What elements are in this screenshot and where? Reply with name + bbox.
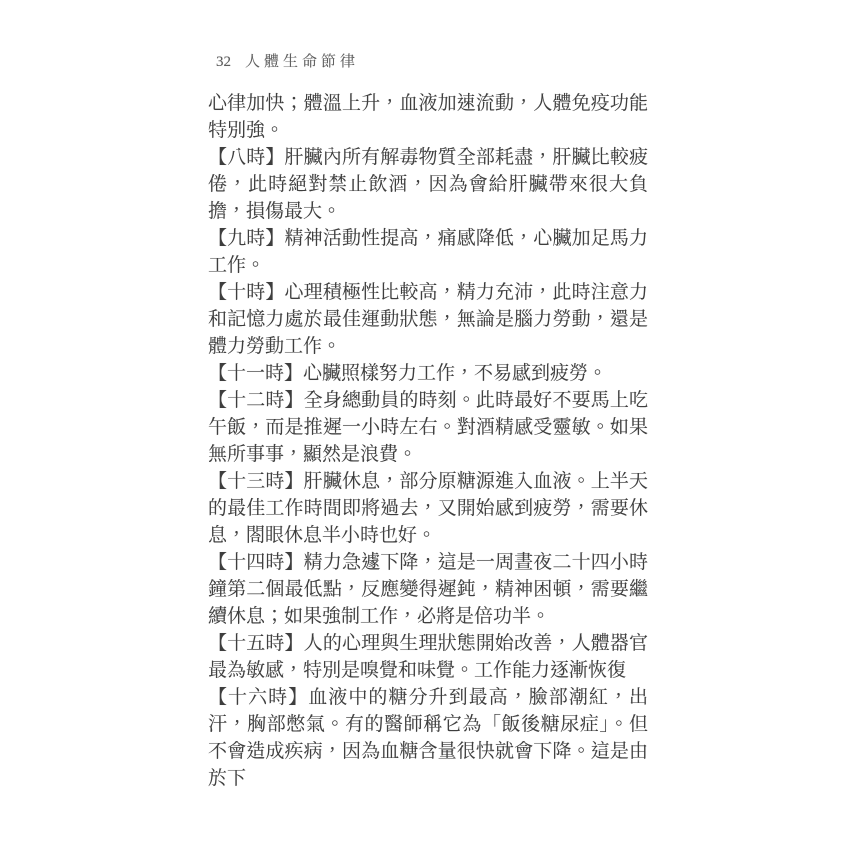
paragraph-hour-12: 【十二時】全身總動員的時刻。此時最好不要馬上吃午飯，而是推遲一小時左右。對酒精感… xyxy=(208,387,648,468)
paragraph-continuation: 心律加快；體溫上升，血液加速流動，人體免疫功能特別強。 xyxy=(208,90,648,144)
running-title: 人體生命節律 xyxy=(245,54,359,70)
page-body: 心律加快；體溫上升，血液加速流動，人體免疫功能特別強。 【八時】肝臟內所有解毒物… xyxy=(208,90,648,792)
paragraph-hour-14: 【十四時】精力急遽下降，這是一周晝夜二十四小時鐘第二個最低點，反應變得遲鈍，精神… xyxy=(208,549,648,630)
paragraph-hour-15: 【十五時】人的心理與生理狀態開始改善，人體器官最為敏感，特別是嗅覺和味覺。工作能… xyxy=(208,630,648,684)
paragraph-hour-9: 【九時】精神活動性提高，痛感降低，心臟加足馬力工作。 xyxy=(208,225,648,279)
page-number: 32 xyxy=(216,54,231,70)
paragraph-hour-11: 【十一時】心臟照樣努力工作，不易感到疲勞。 xyxy=(208,360,648,387)
running-header: 32人體生命節律 xyxy=(216,50,359,71)
book-page: 32人體生命節律 心律加快；體溫上升，血液加速流動，人體免疫功能特別強。 【八時… xyxy=(0,0,850,850)
paragraph-hour-13: 【十三時】肝臟休息，部分原糖源進入血液。上半天的最佳工作時間即將過去，又開始感到… xyxy=(208,468,648,549)
paragraph-hour-10: 【十時】心理積極性比較高，精力充沛，此時注意力和記憶力處於最佳運動狀態，無論是腦… xyxy=(208,279,648,360)
paragraph-hour-8: 【八時】肝臟內所有解毒物質全部耗盡，肝臟比較疲倦，此時絕對禁止飲酒，因為會給肝臟… xyxy=(208,144,648,225)
paragraph-hour-16: 【十六時】血液中的糖分升到最高，臉部潮紅，出汗，胸部憋氣。有的醫師稱它為「飯後糖… xyxy=(208,684,648,792)
